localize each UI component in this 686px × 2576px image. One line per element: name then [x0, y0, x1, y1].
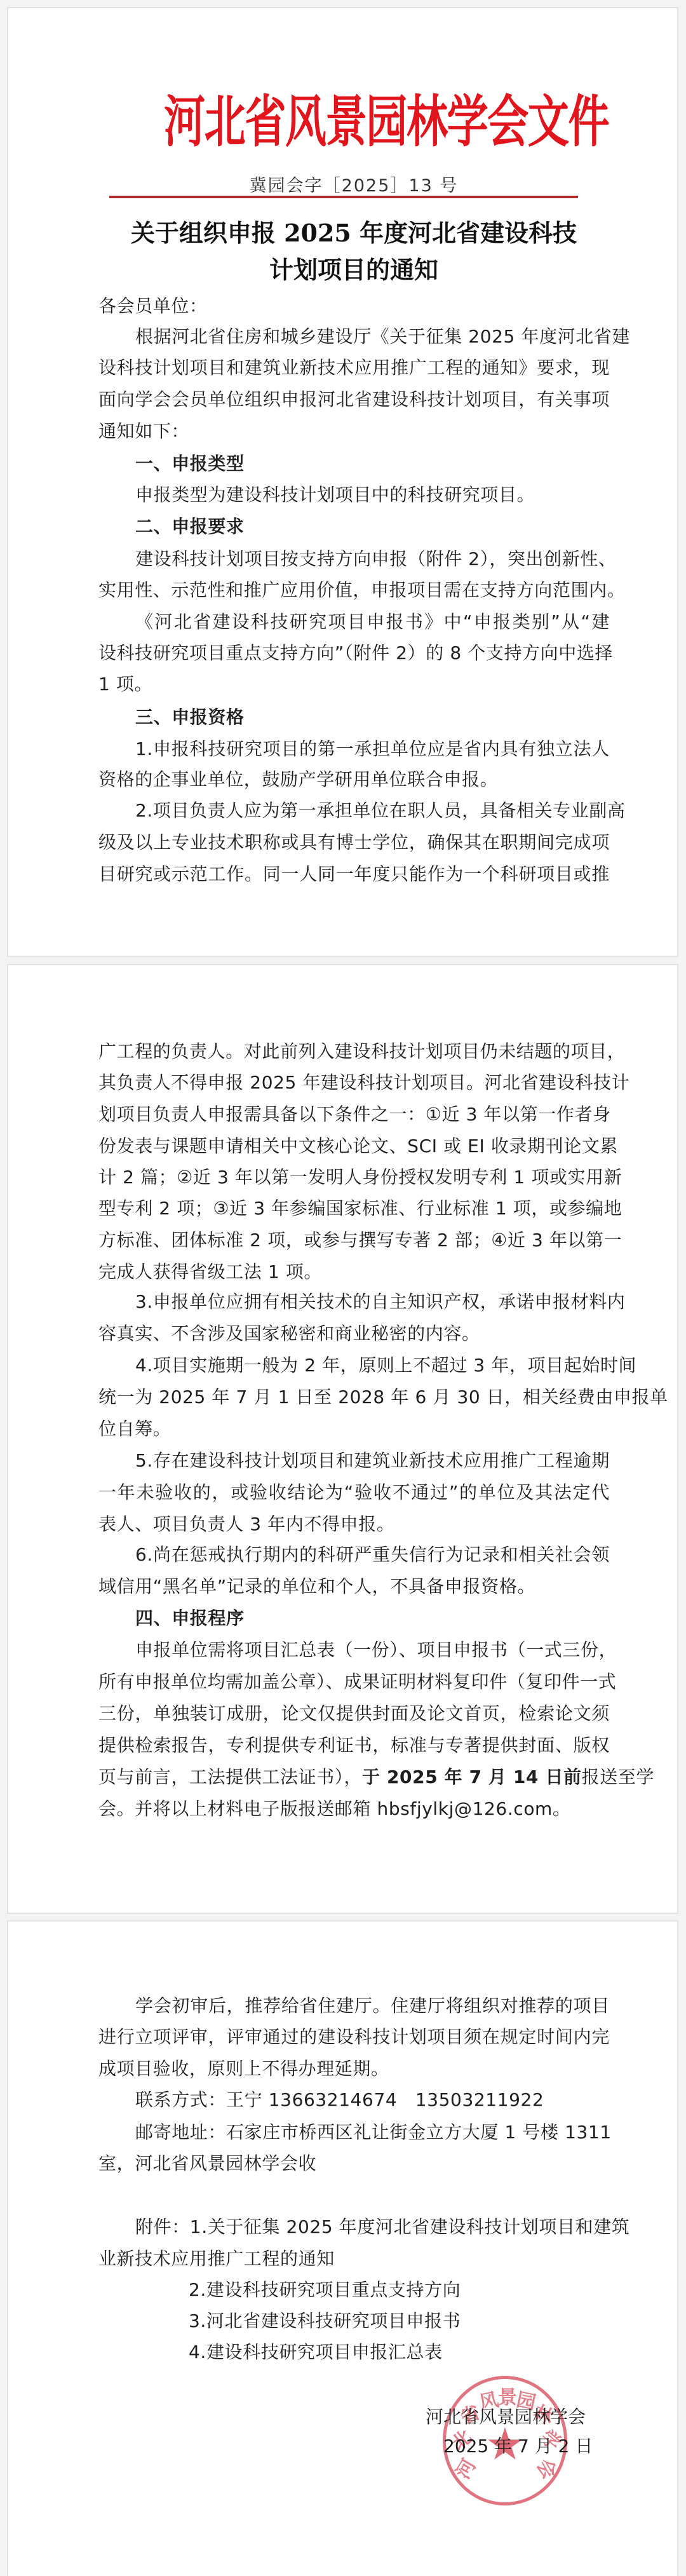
- document-page-1: 河北省风景园林学会文件 冀园会字［2025］13 号 关于组织申报 2025 年…: [7, 7, 678, 957]
- signature-date: 2025 年 7 月 2 日: [443, 2434, 593, 2459]
- body-paragraph-line: 一年未验收的，或验收结论为“验收不通过”的单位及其法定代: [98, 1480, 610, 1505]
- attachment-item: 3.河北省建设科技研究项目申报书: [189, 2308, 461, 2334]
- attachment-line: 附件：1.关于征集 2025 年度河北省建设科技计划项目和建筑: [135, 2214, 610, 2240]
- body-paragraph-line: 广工程的负责人。对此前列入建设科技计划项目仍未结题的项目，: [98, 1039, 610, 1064]
- body-paragraph-line: 进行立项评审，评审通过的建设科技计划项目须在规定时间内完: [98, 2024, 610, 2050]
- body-paragraph-line: 目研究或示范工作。同一人同一年度只能作为一个科研项目或推: [98, 862, 610, 887]
- contact-label: 联系方式：: [135, 2089, 226, 2110]
- contact-phone-1: 13663214674: [269, 2089, 398, 2110]
- attachment-item: 4.建设科技研究项目申报汇总表: [189, 2340, 443, 2365]
- deadline-date: 于 2025 年 7 月 14 日前: [362, 1766, 582, 1787]
- body-paragraph-line: 型专利 2 项；③近 3 年参编国家标准、行业标准 1 项，或参编地: [98, 1196, 610, 1221]
- notice-title-line-1: 关于组织申报 2025 年度河北省建设科技: [97, 215, 610, 251]
- body-paragraph-line: 面向学会会员单位组织申报河北省建设科技计划项目，有关事项: [98, 387, 610, 412]
- body-paragraph-line: 容真实、不含涉及国家秘密和商业秘密的内容。: [98, 1321, 610, 1346]
- deadline-prefix: 页与前言，工法提供工法证书），: [98, 1766, 362, 1787]
- body-paragraph-line: 《河北省建设科技研究项目申报书》中“申报类别”从“建: [135, 609, 610, 635]
- body-paragraph-line: 级及以上专业技术职称或具有博士学位，确保其在职期间完成项: [98, 830, 610, 855]
- body-paragraph-line: 设科技计划项目和建筑业新技术应用推广工程的通知》要求，现: [98, 355, 610, 381]
- body-paragraph-line: 3.申报单位应拥有相关技术的自主知识产权，承诺申报材料内: [135, 1289, 610, 1315]
- section-heading-4: 四、申报程序: [135, 1606, 647, 1631]
- signature-org: 河北省风景园林学会: [426, 2404, 586, 2430]
- body-paragraph-line: 5.存在建设科技计划项目和建筑业新技术应用推广工程逾期: [135, 1448, 610, 1474]
- body-paragraph-line: 计 2 篇；②近 3 年以第一发明人身份授权发明专利 1 项或实用新: [98, 1165, 610, 1190]
- body-paragraph-line: 根据河北省住房和城乡建设厅《关于征集 2025 年度河北省建: [135, 324, 610, 349]
- body-paragraph-line: 三份，单独装订成册，论文仅提供封面及论文首页，检索论文须: [98, 1701, 610, 1726]
- section-heading-3: 三、申报资格: [135, 705, 647, 730]
- contact-name: 王宁: [226, 2089, 262, 2110]
- body-paragraph-line: 建设科技计划项目按支持方向申报（附件 2），突出创新性、: [135, 546, 610, 572]
- attachment-line: 业新技术应用推广工程的通知: [98, 2246, 610, 2272]
- body-paragraph-line: 份发表与课题申请相关中文核心论文、SCI 或 EI 收录期刊论文累: [98, 1134, 610, 1159]
- body-paragraph-line: 资格的企事业单位，鼓励产学研用单位联合申报。: [98, 767, 610, 792]
- body-paragraph-line: 申报单位需将项目汇总表（一份）、项目申报书（一式三份，: [135, 1637, 610, 1663]
- body-paragraph-line: 6.尚在惩戒执行期内的科研严重失信行为记录和相关社会领: [135, 1542, 610, 1568]
- body-paragraph-line: 位自筹。: [98, 1416, 610, 1442]
- body-paragraph-line: 方标准、团体标准 2 项，或参与撰写专著 2 部；④近 3 年以第一: [98, 1228, 610, 1253]
- body-paragraph-line: 通知如下：: [98, 419, 610, 444]
- contact-line: 联系方式：王宁 13663214674 13503211922: [135, 2087, 610, 2113]
- body-paragraph-line: 申报类型为建设科技计划项目中的科技研究项目。: [135, 482, 610, 508]
- section-heading-1: 一、申报类型: [135, 451, 647, 477]
- body-paragraph-line: 设科技研究项目重点支持方向”（附件 2）的 8 个支持方向中选择: [98, 641, 610, 666]
- deadline-line: 页与前言，工法提供工法证书），于 2025 年 7 月 14 日前报送至学: [98, 1765, 610, 1790]
- body-paragraph-line: 所有申报单位均需加盖公章）、成果证明材料复印件（复印件一式: [98, 1669, 610, 1695]
- body-paragraph-line: 完成人获得省级工法 1 项。: [98, 1259, 610, 1285]
- salutation: 各会员单位：: [98, 294, 610, 319]
- notice-title-line-2: 计划项目的通知: [97, 252, 610, 288]
- body-paragraph-line: 成项目验收，原则上不得办理延期。: [98, 2056, 610, 2082]
- body-paragraph-line: 学会初审后，推荐给省住建厅。住建厅将组织对推荐的项目: [135, 1993, 610, 2019]
- mailing-address-line: 邮寄地址：石家庄市桥西区礼让街金立方大厦 1 号楼 1311: [135, 2120, 610, 2145]
- body-paragraph-line: 1 项。: [98, 672, 610, 697]
- body-paragraph-line: 提供检索报告，专利提供专利证书，标准与专著提供封面、版权: [98, 1733, 610, 1758]
- document-page-3: 学会初审后，推荐给省住建厅。住建厅将组织对推荐的项目 进行立项评审，评审通过的建…: [7, 1920, 678, 2576]
- red-divider-rule: [109, 196, 578, 198]
- body-paragraph-line: 域信用“黑名单”记录的单位和个人，不具备申报资格。: [98, 1574, 610, 1599]
- contact-phone-2: 13503211922: [415, 2089, 544, 2110]
- body-paragraph-line: 表人、项目负责人 3 年内不得申报。: [98, 1512, 610, 1537]
- mailing-address-line: 室，河北省风景园林学会收: [98, 2151, 610, 2176]
- body-paragraph-line: 2.项目负责人应为第一承担单位在职人员，具备相关专业副高: [135, 798, 610, 824]
- body-paragraph-line: 统一为 2025 年 7 月 1 日至 2028 年 6 月 30 日，相关经费…: [98, 1385, 610, 1410]
- document-page-2: 广工程的负责人。对此前列入建设科技计划项目仍未结题的项目， 其负责人不得申报 2…: [7, 964, 678, 1914]
- body-paragraph-line: 划项目负责人申报需具备以下条件之一：①近 3 年以第一作者身: [98, 1102, 610, 1127]
- body-paragraph-line: 实用性、示范性和推广应用价值，申报项目需在支持方向范围内。: [98, 578, 610, 603]
- attachment-item: 2.建设科技研究项目重点支持方向: [189, 2277, 461, 2303]
- org-document-header: 河北省风景园林学会文件: [164, 90, 544, 153]
- body-paragraph-line: 1.申报科技研究项目的第一承担单位应是省内具有独立法人: [135, 736, 610, 762]
- deadline-suffix: 报送至学: [582, 1766, 654, 1787]
- body-paragraph-line: 4.项目实施期一般为 2 年，原则上不超过 3 年，项目起始时间: [135, 1353, 610, 1378]
- email-line: 会。并将以上材料电子版报送邮箱 hbsfjylkj@126.com。: [98, 1796, 610, 1822]
- section-heading-2: 二、申报要求: [135, 514, 647, 539]
- body-paragraph-line: 其负责人不得申报 2025 年建设科技计划项目。河北省建设科技计: [98, 1070, 610, 1095]
